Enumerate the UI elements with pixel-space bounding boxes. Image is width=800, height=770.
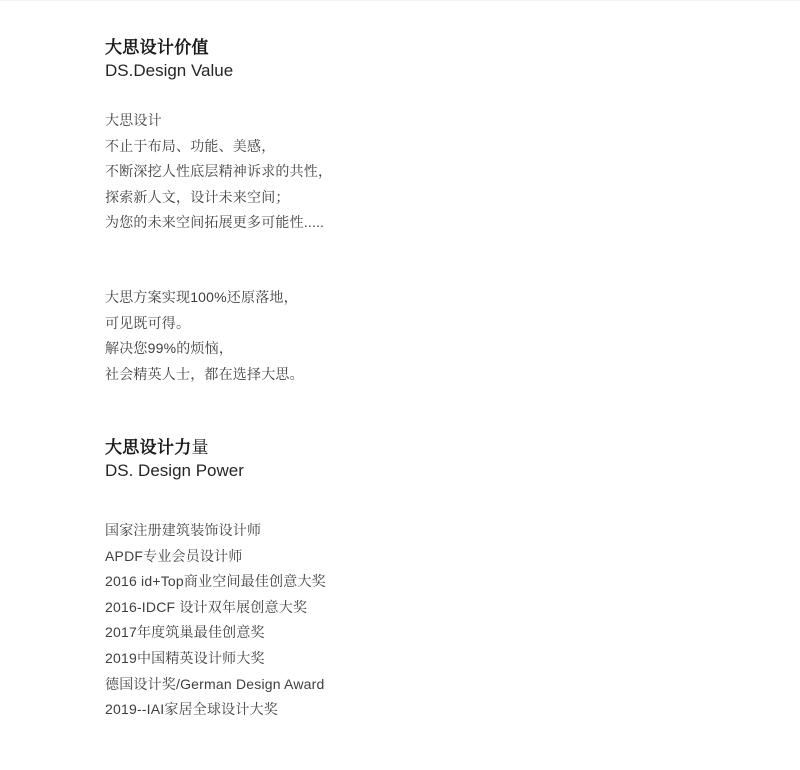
section1-paragraph-2: 大思方案实现100%还原落地， 可见既可得。 解决您99%的烦恼， 社会精英人士… (105, 285, 304, 387)
paragraph-line: 可见既可得。 (105, 311, 304, 337)
section1-subheading: DS.Design Value (105, 60, 233, 82)
section1-heading: 大思设计价值 (105, 37, 209, 59)
paragraph-line: 解决您99%的烦恼， (105, 336, 304, 362)
paragraph-line: 大思设计 (105, 108, 332, 134)
award-item: APDF专业会员设计师 (105, 544, 326, 570)
paragraph-line: 不止于布局、功能、美感， (105, 134, 332, 160)
paragraph-line: 不断深挖人性底层精神诉求的共性， (105, 159, 332, 185)
award-item: 国家注册建筑装饰设计师 (105, 518, 326, 544)
award-item: 2016-IDCF 设计双年展创意大奖 (105, 595, 326, 621)
paragraph-line: 社会精英人士，都在选择大思。 (105, 362, 304, 388)
section2-heading-regular: 量 (192, 438, 209, 457)
paragraph-line: 大思方案实现100%还原落地， (105, 285, 304, 311)
award-item: 2016 id+Top商业空间最佳创意大奖 (105, 569, 326, 595)
section1-heading-bold: 大思设计价值 (105, 38, 209, 57)
award-item: 2019--IAI家居全球设计大奖 (105, 697, 326, 723)
page: 大思设计价值 DS.Design Value 大思设计 不止于布局、功能、美感，… (0, 0, 800, 770)
paragraph-line: 为您的未来空间拓展更多可能性..... (105, 210, 332, 236)
award-item: 德国设计奖/German Design Award (105, 672, 326, 698)
section2-subheading: DS. Design Power (105, 460, 244, 482)
section1-paragraph-1: 大思设计 不止于布局、功能、美感， 不断深挖人性底层精神诉求的共性， 探索新人文… (105, 108, 332, 236)
section2-heading: 大思设计力量 (105, 437, 209, 459)
section2-heading-bold: 大思设计力 (105, 438, 192, 457)
awards-list: 国家注册建筑装饰设计师 APDF专业会员设计师 2016 id+Top商业空间最… (105, 518, 326, 723)
paragraph-line: 探索新人文，设计未来空间； (105, 185, 332, 211)
award-item: 2019中国精英设计师大奖 (105, 646, 326, 672)
award-item: 2017年度筑巢最佳创意奖 (105, 620, 326, 646)
top-divider (0, 0, 800, 1)
